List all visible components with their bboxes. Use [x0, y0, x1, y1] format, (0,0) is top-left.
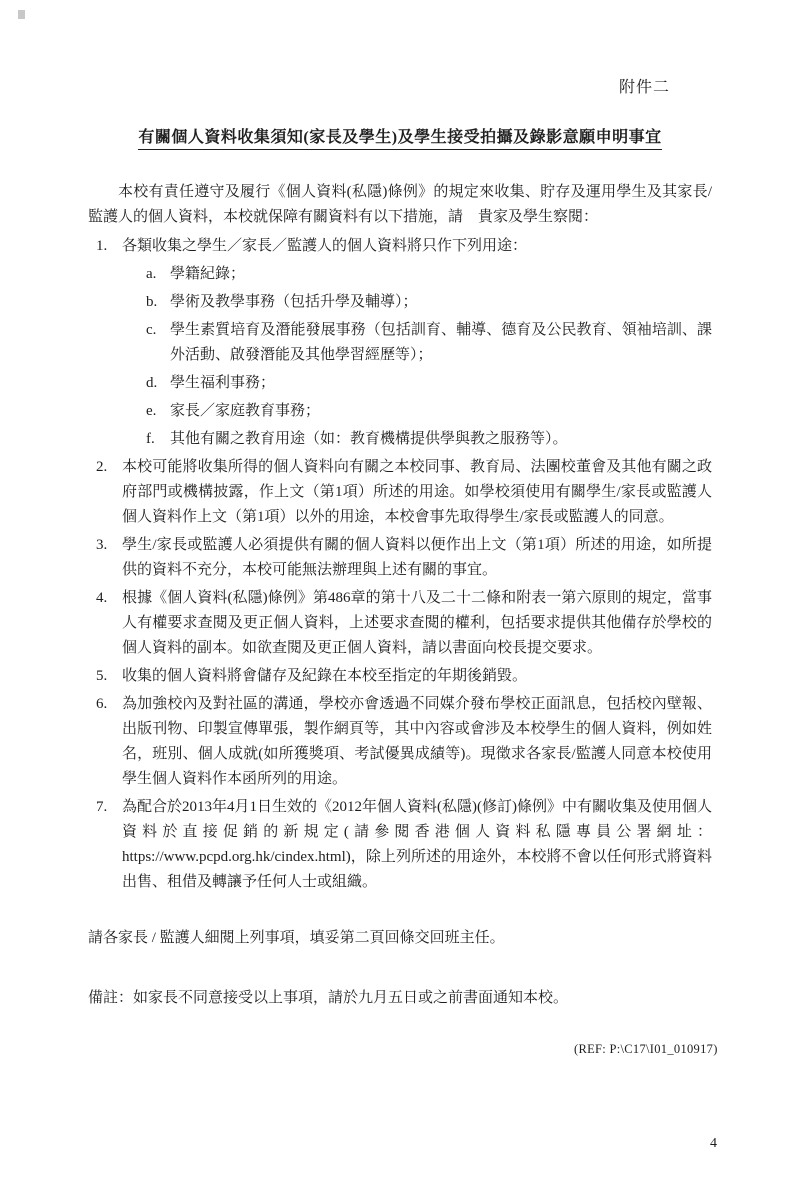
remark-note: 備註：如家長不同意接受以上事項，請於九月五日或之前書面通知本校。	[88, 986, 712, 1007]
list-item-7: 7. 為配合於2013年4月1日生效的《2012年個人資料(私隱)(修訂)條例》…	[88, 795, 712, 895]
item-number: 7.	[96, 795, 107, 820]
sub-list-item-f: f. 其他有關之教育用途（如：教育機構提供學與教之服務等）。	[122, 427, 712, 452]
sub-item-letter: a.	[146, 262, 156, 287]
list-item-3: 3. 學生/家長或監護人必須提供有關的個人資料以便作出上文（第1項）所述的用途，…	[88, 533, 712, 583]
page-number: 4	[710, 1136, 717, 1152]
item-number: 5.	[96, 664, 107, 689]
sub-item-letter: c.	[146, 318, 156, 343]
item-text: 為加強校內及對社區的溝通，學校亦會透過不同媒介發布學校正面訊息，包括校內壁報、出…	[122, 696, 712, 787]
sub-item-letter: b.	[146, 290, 157, 315]
document-title: 有關個人資料收集須知(家長及學生)及學生接受拍攝及錄影意願申明事宜	[0, 124, 800, 147]
document-title-text: 有關個人資料收集須知(家長及學生)及學生接受拍攝及錄影意願申明事宜	[138, 129, 661, 150]
sub-list-item-c: c. 學生素質培育及潛能發展事務（包括訓育、輔導、德育及公民教育、領袖培訓、課外…	[122, 318, 712, 368]
item-text: 根據《個人資料(私隱)條例》第486章的第十八及二十二條和附表一第六原則的規定，…	[122, 590, 712, 656]
list-item-6: 6. 為加強校內及對社區的溝通，學校亦會透過不同媒介發布學校正面訊息，包括校內壁…	[88, 692, 712, 792]
list-item-4: 4. 根據《個人資料(私隱)條例》第486章的第十八及二十二條和附表一第六原則的…	[88, 586, 712, 661]
sub-item-letter: f.	[146, 427, 155, 452]
item-text: 本校可能將收集所得的個人資料向有關之本校同事、教育局、法團校董會及其他有關之政府…	[122, 459, 712, 525]
list-item-1: 1. 各類收集之學生／家長／監護人的個人資料將只作下列用途： a. 學籍紀錄； …	[88, 234, 712, 452]
item-text: 學生/家長或監護人必須提供有關的個人資料以便作出上文（第1項）所述的用途，如所提…	[122, 537, 712, 578]
item-number: 1.	[96, 234, 107, 259]
sub-item-text: 其他有關之教育用途（如：教育機構提供學與教之服務等）。	[170, 431, 568, 447]
item-text: 各類收集之學生／家長／監護人的個人資料將只作下列用途：	[122, 238, 527, 254]
item-text: 為配合於2013年4月1日生效的《2012年個人資料(私隱)(修訂)條例》中有關…	[122, 799, 712, 890]
sub-list-item-d: d. 學生福利事務；	[122, 371, 712, 396]
sub-item-text: 學生福利事務；	[170, 375, 275, 391]
sub-item-letter: e.	[146, 399, 156, 424]
sub-item-letter: d.	[146, 371, 157, 396]
sub-list-item-a: a. 學籍紀錄；	[122, 262, 712, 287]
scanned-document-page: 附件二 有關個人資料收集須知(家長及學生)及學生接受拍攝及錄影意願申明事宜 本校…	[0, 0, 800, 1200]
item-number: 2.	[96, 455, 107, 480]
closing-instruction: 請各家長 / 監護人細閱上列事項，填妥第二頁回條交回班主任。	[88, 926, 712, 947]
item-text: 收集的個人資料將會儲存及紀錄在本校至指定的年期後銷毀。	[122, 668, 527, 684]
intro-paragraph: 本校有責任遵守及履行《個人資料(私隱)條例》的規定來收集、貯存及運用學生及其家長…	[88, 180, 712, 230]
document-body: 本校有責任遵守及履行《個人資料(私隱)條例》的規定來收集、貯存及運用學生及其家長…	[88, 180, 712, 895]
sub-list-item-b: b. 學術及教學事務（包括升學及輔導）；	[122, 290, 712, 315]
item-number: 6.	[96, 692, 107, 717]
item-number: 3.	[96, 533, 107, 558]
sub-item-text: 家長／家庭教育事務；	[170, 403, 320, 419]
list-item-5: 5. 收集的個人資料將會儲存及紀錄在本校至指定的年期後銷毀。	[88, 664, 712, 689]
reference-code: (REF: P:\C17\I01_010917)	[574, 1042, 718, 1057]
sub-list-item-e: e. 家長／家庭教育事務；	[122, 399, 712, 424]
sub-item-text: 學術及教學事務（包括升學及輔導）；	[170, 294, 418, 310]
sub-item-text: 學生素質培育及潛能發展事務（包括訓育、輔導、德育及公民教育、領袖培訓、課外活動、…	[170, 322, 712, 363]
item-number: 4.	[96, 586, 107, 611]
sub-item-text: 學籍紀錄；	[170, 266, 245, 282]
list-item-2: 2. 本校可能將收集所得的個人資料向有關之本校同事、教育局、法團校董會及其他有關…	[88, 455, 712, 530]
scan-artifact	[18, 10, 25, 19]
attachment-label: 附件二	[619, 74, 670, 97]
